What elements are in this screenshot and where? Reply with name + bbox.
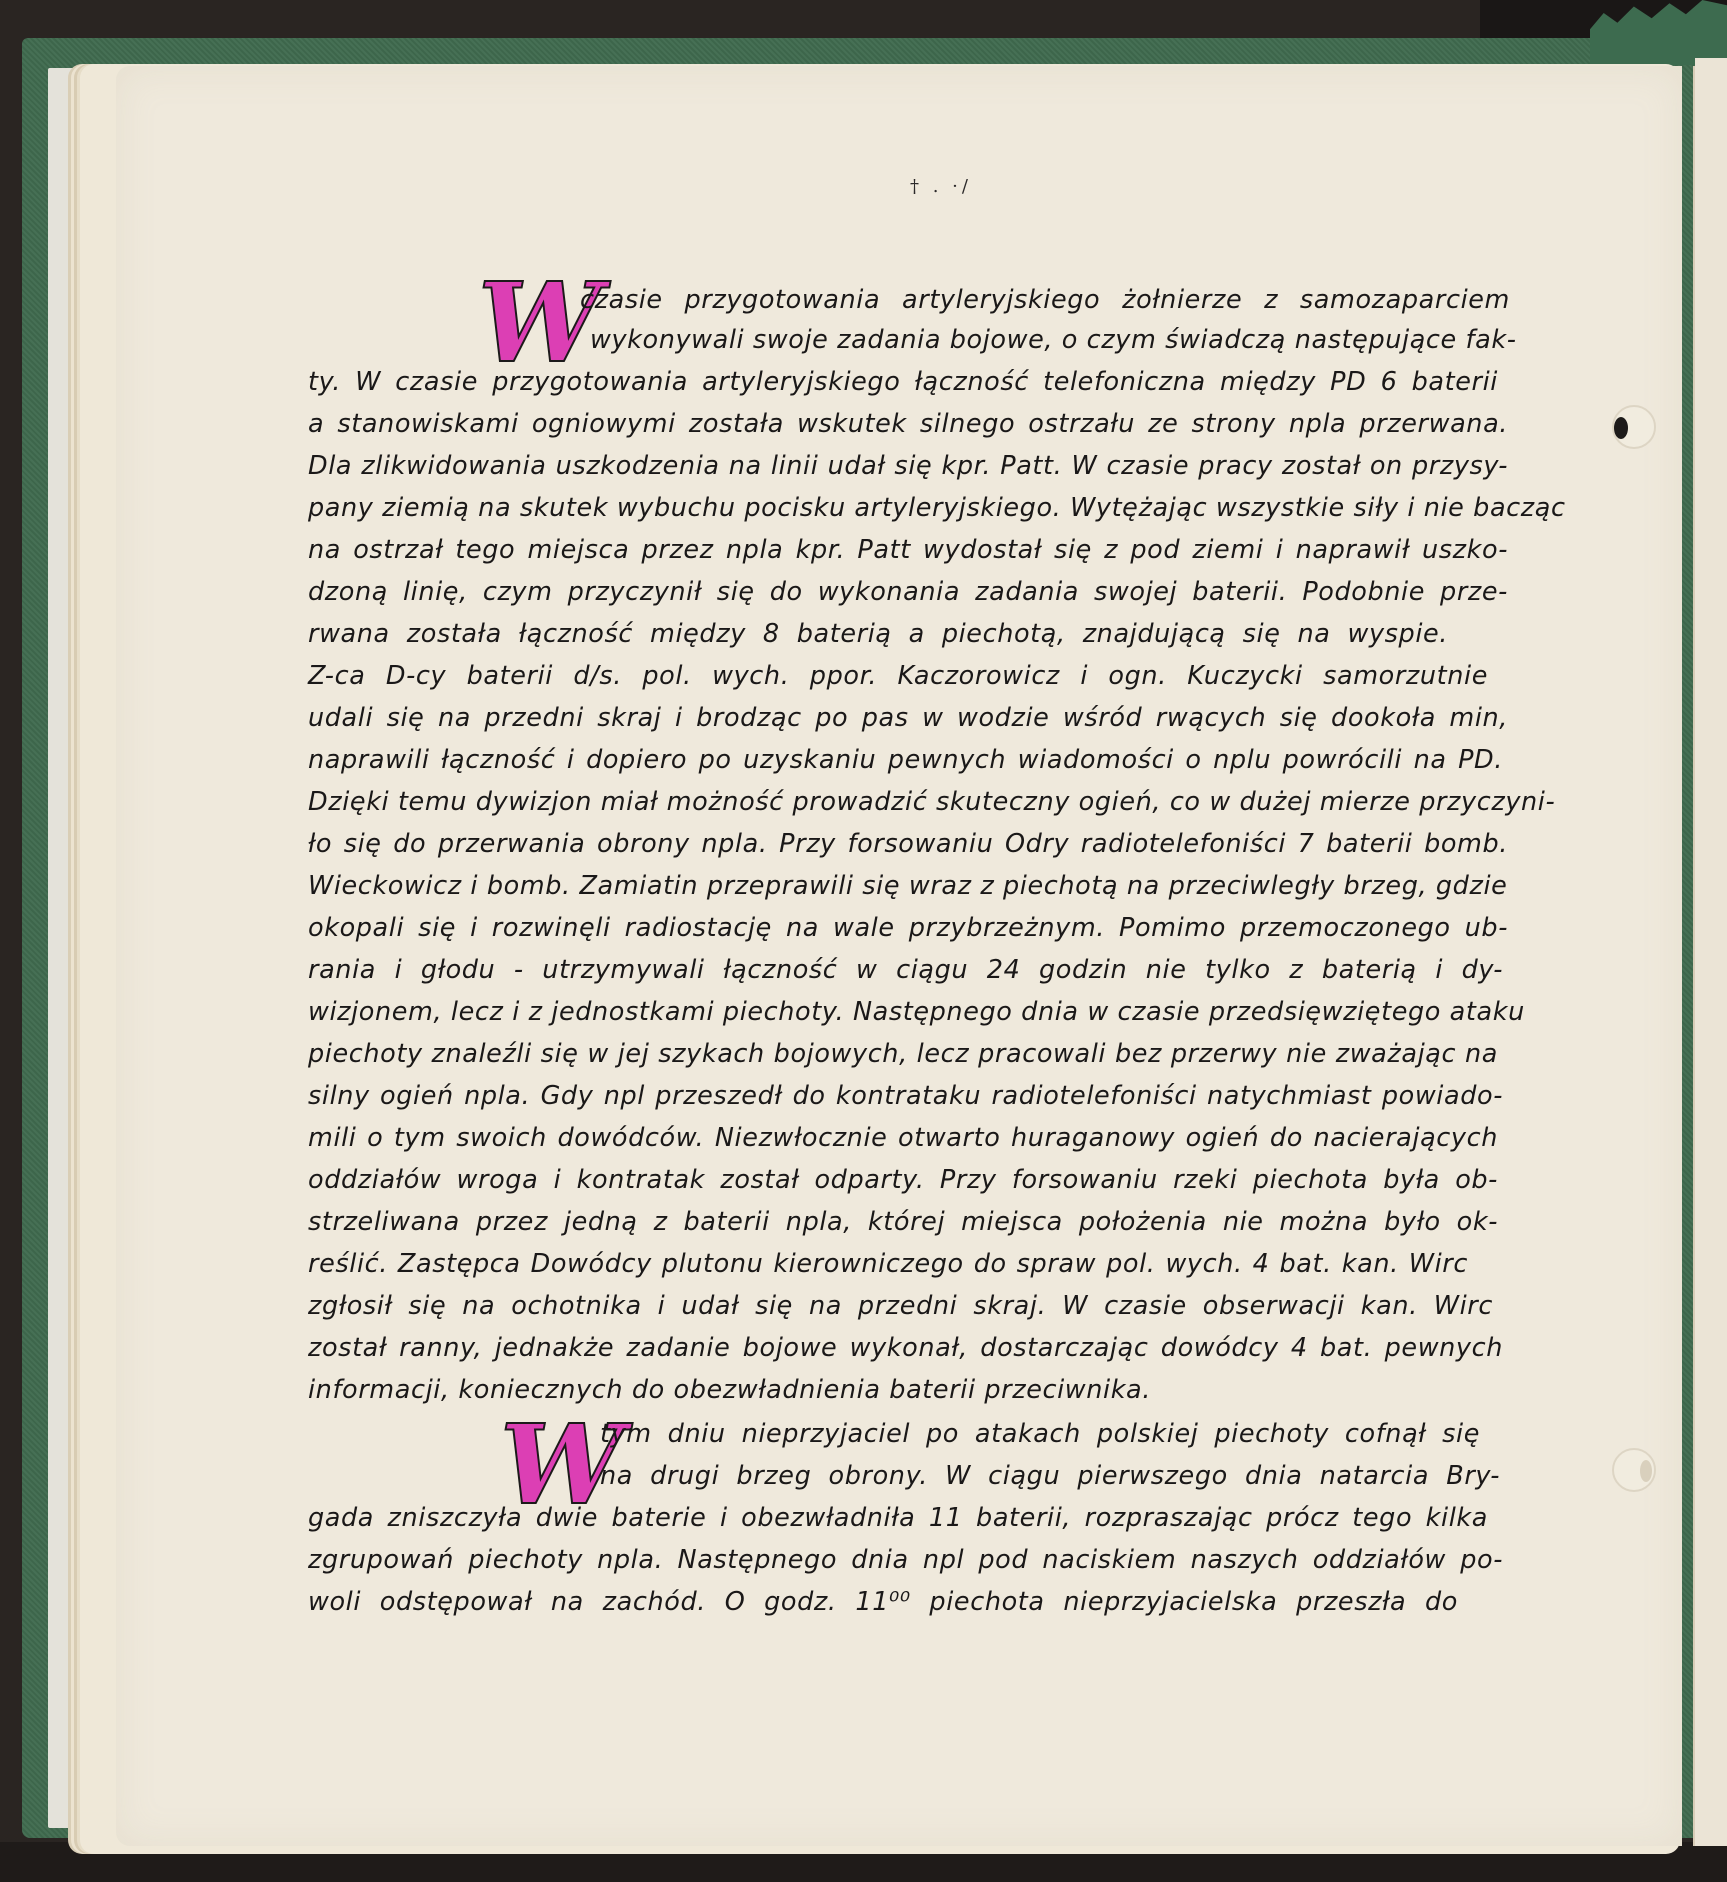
text-line: informacji, koniecznych do obezwładnieni…: [308, 1370, 1128, 1410]
top-ink-mark: † . ·/: [910, 176, 972, 197]
text-line: Dzięki temu dywizjon miał możność prowad…: [308, 782, 1508, 822]
text-line: woli odstępował na zachód. O godz. 11⁰⁰ …: [308, 1582, 1458, 1622]
text-line: ło się do przerwania obrony npla. Przy f…: [308, 824, 1508, 864]
text-line: zgłosił się na ochotnika i udał się na p…: [308, 1286, 1493, 1326]
text-line: mili o tym swoich dowódców. Niezwłocznie…: [308, 1118, 1498, 1158]
text-line: naprawili łączność i dopiero po uzyskani…: [308, 740, 1503, 780]
punch-hole-bottom: [1612, 1448, 1656, 1492]
text-line: reślić. Zastępca Dowódcy plutonu kierown…: [308, 1244, 1468, 1284]
text-line: Dla zlikwidowania uszkodzenia na linii u…: [308, 446, 1508, 486]
text-line: oddziałów wroga i kontratak został odpar…: [308, 1160, 1498, 1200]
text-line: strzeliwana przez jedną z baterii npla, …: [308, 1202, 1498, 1242]
text-line: piechoty znaleźli się w jej szykach bojo…: [308, 1034, 1498, 1074]
text-line: na drugi brzeg obrony. W ciągu pierwszeg…: [600, 1456, 1500, 1496]
text-line: pany ziemią na skutek wybuchu pocisku ar…: [308, 488, 1508, 528]
punch-hole-top: [1612, 405, 1656, 449]
text-line: a stanowiskami ogniowymi została wskutek…: [308, 404, 1508, 444]
text-line: czasie przygotowania artyleryjskiego żoł…: [580, 280, 1510, 320]
text-line: wizjonem, lecz i z jednostkami piechoty.…: [308, 992, 1498, 1032]
text-line: Wieckowicz i bomb. Zamiatin przeprawili …: [308, 866, 1503, 906]
text-line: został ranny, jednakże zadanie bojowe wy…: [308, 1328, 1503, 1368]
text-line: Z-ca D-cy baterii d/s. pol. wych. ppor. …: [308, 656, 1488, 696]
text-line: gada zniszczyła dwie baterie i obezwładn…: [308, 1498, 1488, 1538]
text-line: wykonywali swoje zadania bojowe, o czym …: [590, 320, 1510, 360]
text-line: ty. W czasie przygotowania artyleryjskie…: [308, 362, 1498, 402]
text-line: okopali się i rozwinęli radiostację na w…: [308, 908, 1508, 948]
next-page-edge: [1695, 58, 1727, 1846]
punch-hole-shadow: [1640, 1460, 1652, 1482]
text-line: udali się na przedni skraj i brodząc po …: [308, 698, 1508, 738]
text-line: tym dniu nieprzyjaciel po atakach polski…: [600, 1414, 1480, 1454]
text-line: zgrupowań piechoty npla. Następnego dnia…: [308, 1540, 1503, 1580]
text-line: silny ogień npla. Gdy npl przeszedł do k…: [308, 1076, 1503, 1116]
text-line: na ostrzał tego miejsca przez npla kpr. …: [308, 530, 1508, 570]
text-line: dzoną linię, czym przyczynił się do wyko…: [308, 572, 1508, 612]
punch-hole-shadow: [1614, 417, 1628, 439]
text-line: rwana została łączność między 8 baterią …: [308, 614, 1448, 654]
text-line: rania i głodu - utrzymywali łączność w c…: [308, 950, 1503, 990]
